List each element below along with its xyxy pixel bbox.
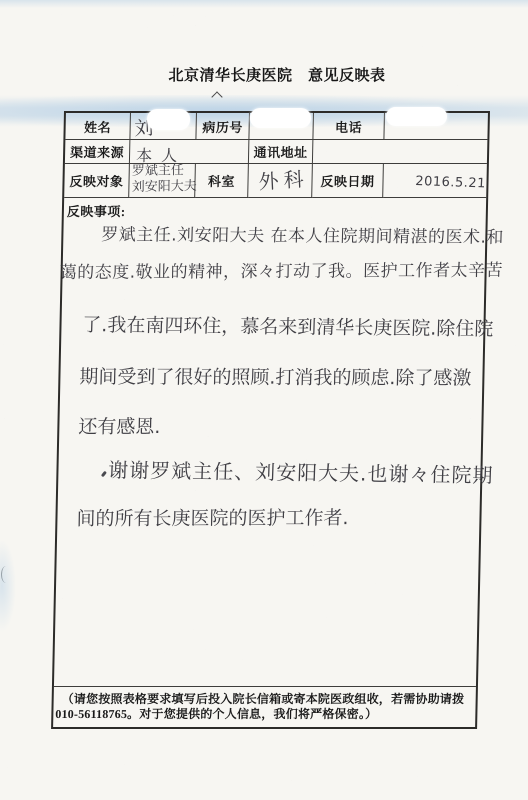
handwritten-line: 罗斌主任.刘安阳大夫 在本人住院期间精湛的医术.和 [101, 220, 504, 248]
scan-tint-smudge [0, 540, 16, 632]
scanned-feedback-form: 北京清华长庚医院 意见反映表 姓名 刘 病历号 电话 渠道来源 本 人 通讯地址… [0, 0, 528, 800]
feedback-form-table: 姓名 刘 病历号 电话 渠道来源 本 人 通讯地址 反映对象 罗斌主任 刘安阳大… [51, 111, 490, 729]
handwritten-line: 还有感恩. [78, 412, 161, 439]
subject-label-cell: 反映对象 [64, 164, 130, 198]
form-title: 北京清华长庚医院 意见反映表 [64, 64, 490, 85]
handwritten-line: 间的所有长庚医院的医护工作者. [76, 503, 349, 531]
handwritten-department: 外科 [258, 163, 309, 195]
address-value-cell [313, 140, 488, 164]
date-value-cell: 2016.5.21 [383, 164, 487, 198]
handwritten-line: 了.我在南四环住，慕名来到清华长庚医院.除住院 [82, 310, 494, 341]
matters-label: 反映事项: [67, 201, 126, 220]
footer-note-line1: （请您按照表格要求填写后投入院长信箱或寄本院医政组收，若需协助请拨 [62, 692, 470, 707]
footer-note-line2: 010-56118765。对于您提供的个人信息，我们将严格保密。） [55, 707, 469, 722]
date-label-cell: 反映日期 [312, 164, 384, 198]
ink-dot-mark [101, 471, 107, 478]
address-label-cell: 通讯地址 [249, 140, 314, 164]
handwritten-subject: 罗斌主任 刘安阳大夫 [132, 163, 197, 195]
handwritten-line: 期间受到了很好的照顾.打消我的顾虑.除了感激 [79, 362, 472, 390]
redaction-patch-record-no [250, 108, 311, 128]
redaction-patch-phone [386, 107, 447, 126]
pen-paren-mark [1, 566, 11, 583]
scan-tint-top [0, 0, 528, 8]
department-label-cell: 科室 [195, 164, 249, 198]
department-value-cell: 外科 [248, 164, 313, 198]
handwritten-line: 蔼的态度.敬业的精神，深々打动了我。医护工作者太辛苦 [60, 256, 504, 283]
record-no-label-cell: 病历号 [196, 113, 250, 140]
handwritten-date: 2016.5.21 [415, 174, 486, 191]
name-label-cell: 姓名 [65, 113, 131, 140]
footer-note-cell: （请您按照表格要求填写后投入院长信箱或寄本院医政组收，若需协助请拨 010-56… [53, 687, 476, 727]
phone-label-cell: 电话 [313, 113, 385, 140]
handwritten-subject-line1: 罗斌主任 [132, 163, 197, 180]
source-value-cell: 本 人 [130, 140, 250, 164]
handwritten-line: 谢谢罗斌主任、刘安阳大夫.也谢々住院期 [108, 454, 494, 488]
subject-value-cell: 罗斌主任 刘安阳大夫 [129, 164, 196, 198]
handwritten-subject-line2: 刘安阳大夫 [132, 178, 197, 195]
source-label-cell: 渠道来源 [65, 140, 131, 164]
redaction-patch-name [147, 109, 190, 130]
matters-cell: 反映事项: 罗斌主任.刘安阳大夫 在本人住院期间精湛的医术.和 蔼的态度.敬业的… [54, 198, 486, 687]
